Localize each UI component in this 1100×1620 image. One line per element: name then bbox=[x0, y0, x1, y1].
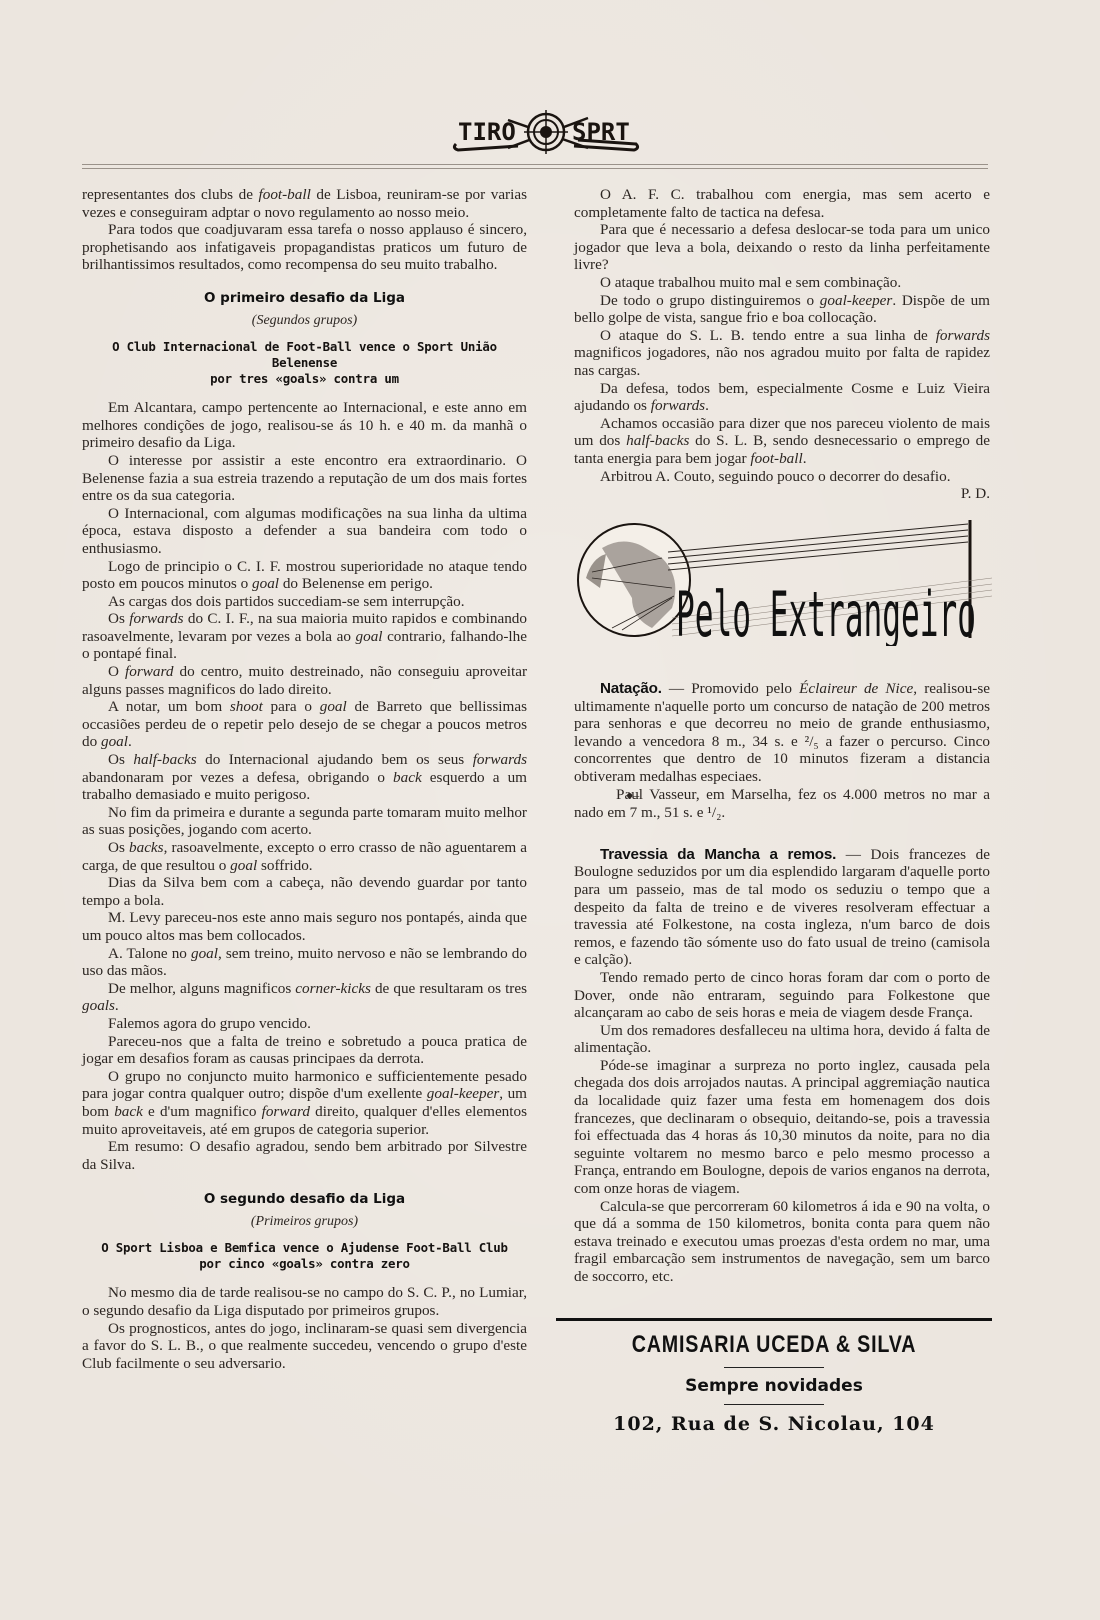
svg-text:SPRT: SPRT bbox=[572, 118, 630, 146]
travessia-text: — Dois francezes de Boulogne seduzidos p… bbox=[574, 846, 990, 969]
globe-telegraph-icon: Pelo Extrangeiro bbox=[572, 518, 992, 646]
article-2-result-line-1: O Sport Lisboa e Bemfica vence o Ajudens… bbox=[82, 1240, 527, 1256]
paragraph: O forward do centro, muito destreinado, … bbox=[82, 663, 527, 698]
article-1-result: O Club Internacional de Foot-Ball vence … bbox=[82, 339, 527, 387]
paragraph: Os forwards do C. I. F., na sua maioria … bbox=[82, 610, 527, 663]
ad-address: 102, Rua de S. Nicolau, 104 bbox=[556, 1413, 992, 1435]
paragraph: Dias da Silva bem com a cabeça, não deve… bbox=[82, 874, 527, 909]
paragraph: Os prognosticos, antes do jogo, inclinar… bbox=[82, 1320, 527, 1373]
paragraph: O A. F. C. trabalhou com energia, mas se… bbox=[574, 186, 990, 221]
paragraph: O ataque trabalhou muito mal e sem combi… bbox=[574, 274, 990, 292]
paragraph: No mesmo dia de tarde realisou-se no cam… bbox=[82, 1284, 527, 1319]
paragraph: No fim da primeira e durante a segunda p… bbox=[82, 804, 527, 839]
paragraph: Arbitrou A. Couto, seguindo pouco o deco… bbox=[574, 468, 990, 486]
natacao-bullet-text: Paul Vasseur, em Marselha, fez os 4.000 … bbox=[574, 786, 990, 822]
article-1-result-line-1: O Club Internacional de Foot-Ball vence … bbox=[82, 339, 527, 371]
article-1-title: O primeiro desafio da Liga bbox=[82, 290, 527, 308]
article-1-result-line-2: por tres «goals» contra um bbox=[82, 371, 527, 387]
ad-title: CAMISARIA UCEDA & SILVA bbox=[595, 1331, 953, 1359]
article-2-subtitle: (Primeiros grupos) bbox=[82, 1213, 527, 1231]
left-column: representantes dos clubs de foot-ball de… bbox=[82, 186, 527, 1372]
natacao-bullet: ●–Paul Vasseur, em Marselha, fez os 4.00… bbox=[574, 786, 990, 822]
article-2-continued: O A. F. C. trabalhou com energia, mas se… bbox=[574, 186, 990, 485]
paragraph: De todo o grupo distinguiremos o goal-ke… bbox=[574, 292, 990, 327]
masthead-logo: TIRO SPRT bbox=[448, 108, 644, 156]
foreign-news: Natação. — Promovido pelo Éclaireur de N… bbox=[574, 664, 990, 1286]
paragraph: Para que é necessario a defesa deslocar-… bbox=[574, 221, 990, 274]
travessia-title: Travessia da Mancha a remos. bbox=[600, 846, 836, 863]
ad-tagline: Sempre novidades bbox=[556, 1376, 992, 1396]
ad-divider-2 bbox=[724, 1404, 824, 1405]
travessia-item: Travessia da Mancha a remos. — Dois fran… bbox=[574, 846, 990, 969]
header-rule bbox=[82, 164, 988, 169]
paragraph: O grupo no conjuncto muito harmonico e s… bbox=[82, 1068, 527, 1138]
target-and-rifles-icon: TIRO SPRT bbox=[448, 108, 644, 156]
paragraph: O ataque do S. L. B. tendo entre a sua l… bbox=[574, 327, 990, 380]
paragraph: De melhor, alguns magnificos corner-kick… bbox=[82, 980, 527, 1015]
paragraph: A. Talone no goal, sem treino, muito ner… bbox=[82, 945, 527, 980]
paragraph: Um dos remadores desfalleceu na ultima h… bbox=[574, 1022, 990, 1057]
svg-text:TIRO: TIRO bbox=[458, 118, 516, 146]
ad-top-rule bbox=[556, 1318, 992, 1321]
paragraph: Calcula-se que percorreram 60 kilometros… bbox=[574, 1198, 990, 1286]
paragraph: Os half-backs do Internacional ajudando … bbox=[82, 751, 527, 804]
paragraph: As cargas dos dois partidos succediam-se… bbox=[82, 593, 527, 611]
right-column: O A. F. C. trabalhou com energia, mas se… bbox=[574, 186, 990, 503]
bullet-icon: ●– bbox=[600, 787, 616, 805]
article-1-body: Em Alcantara, campo pertencente ao Inter… bbox=[82, 399, 527, 1173]
paragraph: O Internacional, com algumas modificaçõe… bbox=[82, 505, 527, 558]
paragraph: O interesse por assistir a este encontro… bbox=[82, 452, 527, 505]
author-signature: P. D. bbox=[574, 485, 990, 503]
article-1-subtitle: (Segundos grupos) bbox=[82, 312, 527, 330]
paragraph: representantes dos clubs de foot-ball de… bbox=[82, 186, 527, 221]
paragraph: A notar, um bom shoot para o goal de Bar… bbox=[82, 698, 527, 751]
ad-divider bbox=[724, 1367, 824, 1368]
paragraph: Tendo remado perto de cinco horas foram … bbox=[574, 969, 990, 1022]
article-2-result-line-2: por cinco «goals» contra zero bbox=[82, 1256, 527, 1272]
paragraph: Logo de principio o C. I. F. mostrou sup… bbox=[82, 558, 527, 593]
pelo-extrangeiro-banner: Pelo Extrangeiro bbox=[572, 518, 992, 646]
article-2-title: O segundo desafio da Liga bbox=[82, 1191, 527, 1209]
paragraph: Da defesa, todos bem, especialmente Cosm… bbox=[574, 380, 990, 415]
intro-text: representantes dos clubs de foot-ball de… bbox=[82, 186, 527, 274]
article-2-body: No mesmo dia de tarde realisou-se no cam… bbox=[82, 1284, 527, 1372]
paragraph: Em Alcantara, campo pertencente ao Inter… bbox=[82, 399, 527, 452]
paragraph: Achamos occasião para dizer que nos pare… bbox=[574, 415, 990, 468]
natacao-item: Natação. — Promovido pelo Éclaireur de N… bbox=[574, 680, 990, 786]
paragraph: Para todos que coadjuvaram essa tarefa o… bbox=[82, 221, 527, 274]
paragraph: Pareceu-nos que a falta de treino e sobr… bbox=[82, 1033, 527, 1068]
paragraph: Em resumo: O desafio agradou, sendo bem … bbox=[82, 1138, 527, 1173]
travessia-body: Tendo remado perto de cinco horas foram … bbox=[574, 969, 990, 1286]
paragraph: Falemos agora do grupo vencido. bbox=[82, 1015, 527, 1033]
banner-title: Pelo Extrangeiro bbox=[676, 578, 976, 646]
advertisement: CAMISARIA UCEDA & SILVA Sempre novidades… bbox=[556, 1318, 992, 1435]
article-2-result: O Sport Lisboa e Bemfica vence o Ajudens… bbox=[82, 1240, 527, 1272]
paragraph: Os backs, rasoavelmente, excepto o erro … bbox=[82, 839, 527, 874]
paragraph: Póde-se imaginar a surpreza no porto ing… bbox=[574, 1057, 990, 1198]
paragraph: M. Levy pareceu-nos este anno mais segur… bbox=[82, 909, 527, 944]
natacao-title: Natação. bbox=[600, 680, 662, 697]
